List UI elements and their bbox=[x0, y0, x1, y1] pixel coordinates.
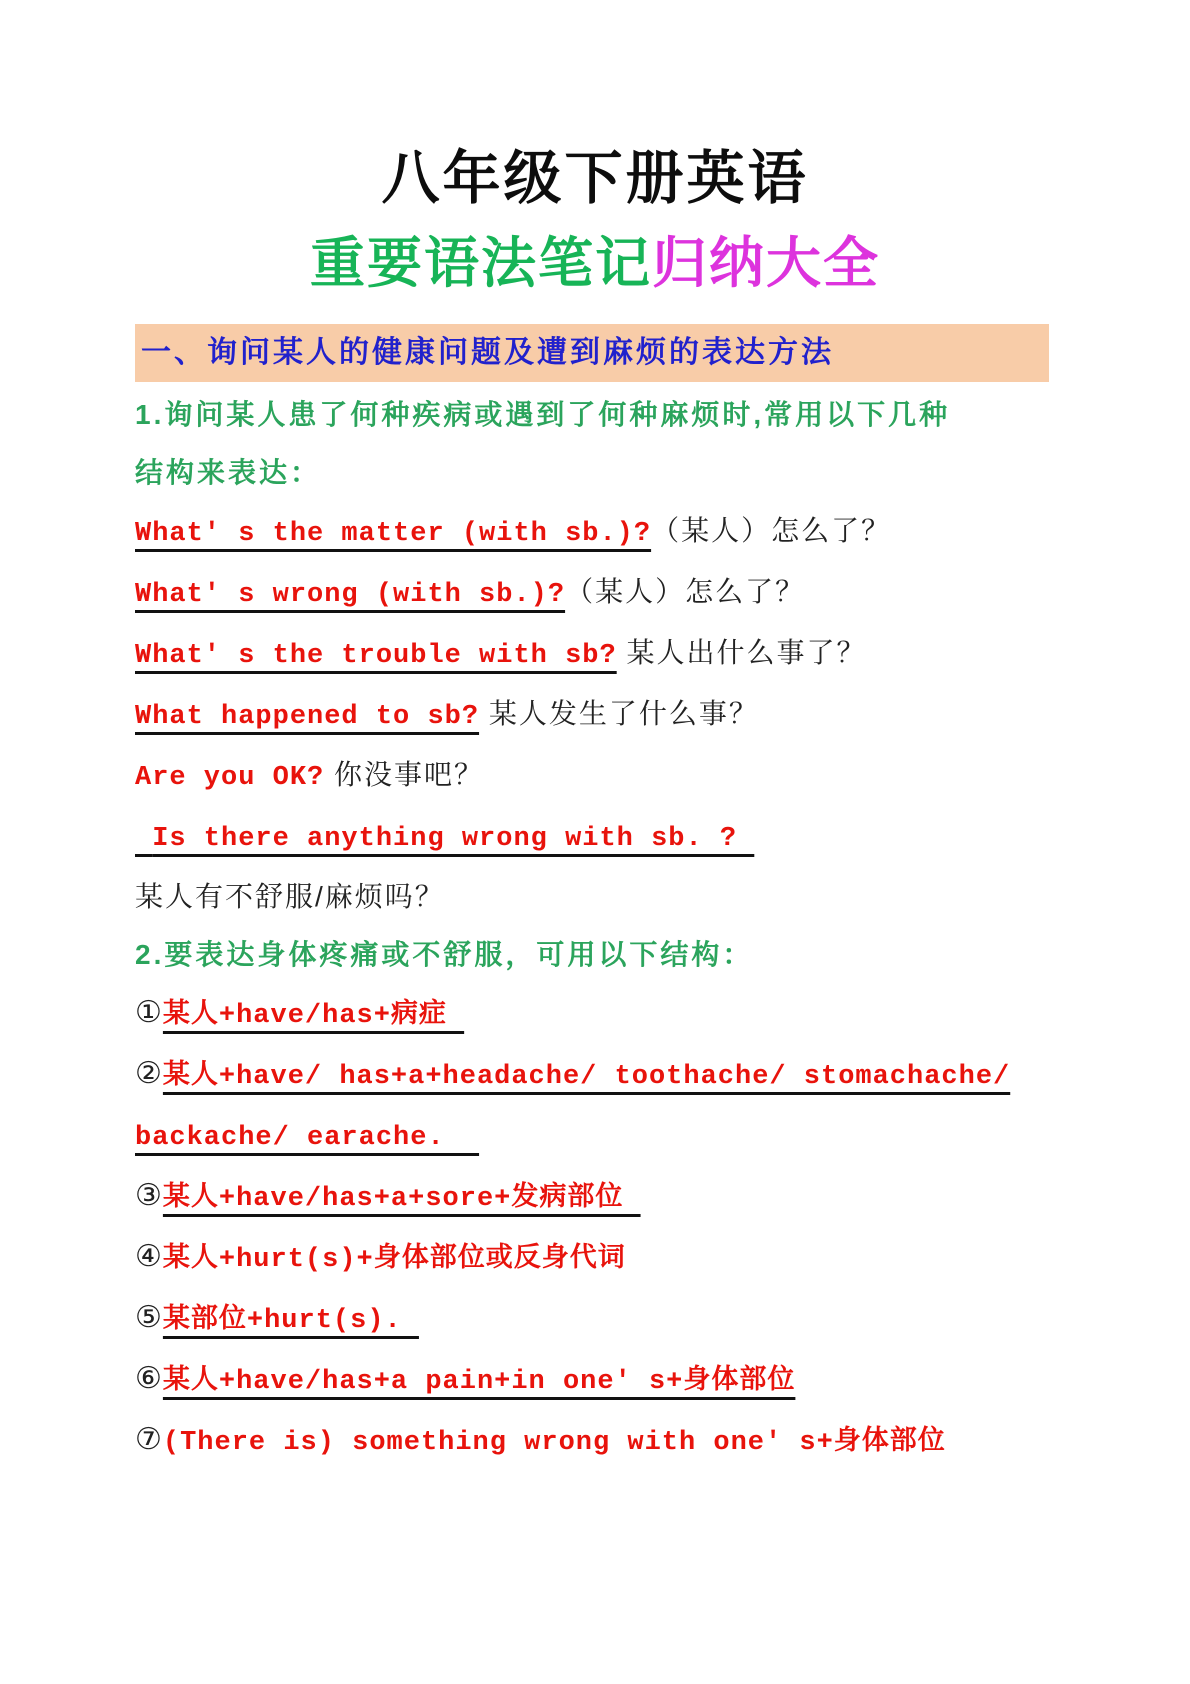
text-segment-green: 1.询问某人患了何种疾病或遇到了何种麻烦时,常用以下几种 bbox=[135, 399, 950, 430]
text-segment-green: 2.要表达身体疼痛或不舒服，可用以下结构： bbox=[135, 939, 753, 970]
content-line: 某人有不舒服/麻烦吗？ bbox=[135, 868, 1095, 926]
text-segment-black: 你没事吧？ bbox=[324, 759, 484, 790]
content-line: ④某人+hurt(s)+身体部位或反身代词 bbox=[135, 1228, 1095, 1289]
page-subtitle: 重要语法笔记归纳大全 bbox=[0, 234, 1190, 292]
content-body: 1.询问某人患了何种疾病或遇到了何种麻烦时,常用以下几种结构来表达：What' … bbox=[135, 382, 1095, 1472]
content-line: ⑥某人+have/has+a pain+in one' s+身体部位 bbox=[135, 1350, 1095, 1411]
text-segment-black: 某人有不舒服/麻烦吗？ bbox=[135, 881, 445, 912]
text-segment-marker: ③ bbox=[135, 1179, 163, 1212]
text-segment-green: 结构来表达： bbox=[135, 457, 321, 488]
content-line: ①某人+have/has+病症 bbox=[135, 984, 1095, 1045]
text-segment-marker: ⑥ bbox=[135, 1362, 163, 1395]
section-heading: 一、询问某人的健康问题及遭到麻烦的表达方法 bbox=[141, 336, 834, 369]
content-line: ⑦(There is) something wrong with one' s+… bbox=[135, 1411, 1095, 1472]
text-segment-marker: ⑤ bbox=[135, 1301, 163, 1334]
content-line: backache/ earache. bbox=[135, 1106, 1095, 1167]
page-subtitle-green: 重要语法笔记 bbox=[310, 232, 652, 294]
text-segment-redU: 某部位+hurt(s). bbox=[163, 1306, 419, 1336]
content-line: What happened to sb? 某人发生了什么事？ bbox=[135, 685, 1095, 746]
text-segment-red: (There is) something wrong with one' s+身… bbox=[163, 1428, 946, 1458]
text-segment-black: 某人发生了什么事？ bbox=[479, 698, 759, 729]
content-line: ③某人+have/has+a+sore+发病部位 bbox=[135, 1167, 1095, 1228]
content-line: What' s the matter (with sb.)?（某人）怎么了？ bbox=[135, 502, 1095, 563]
document-page: 八年级下册英语 重要语法笔记归纳大全 一、询问某人的健康问题及遭到麻烦的表达方法… bbox=[0, 0, 1190, 1684]
text-segment-black: 某人出什么事了？ bbox=[617, 637, 867, 668]
text-segment-redU: What happened to sb? bbox=[135, 702, 479, 732]
text-segment-black: （某人）怎么了？ bbox=[565, 576, 805, 607]
content-line: 结构来表达： bbox=[135, 444, 1095, 502]
text-segment-redU: What' s the matter (with sb.)? bbox=[135, 519, 651, 549]
text-segment-marker: ① bbox=[135, 996, 163, 1029]
text-segment-redU: 某人+have/has+病症 bbox=[163, 1001, 464, 1031]
content-line: 1.询问某人患了何种疾病或遇到了何种麻烦时,常用以下几种 bbox=[135, 386, 1095, 444]
content-line: ⑤某部位+hurt(s). bbox=[135, 1289, 1095, 1350]
content-line: Are you OK? 你没事吧？ bbox=[135, 746, 1095, 807]
text-segment-redU: 某人+have/has+a+sore+发病部位 bbox=[163, 1184, 641, 1214]
content-line: ②某人+have/ has+a+headache/ toothache/ sto… bbox=[135, 1045, 1095, 1106]
text-segment-black: （某人）怎么了？ bbox=[651, 515, 891, 546]
text-segment-marker: ② bbox=[135, 1057, 163, 1090]
text-segment-marker: ⑦ bbox=[135, 1423, 163, 1456]
text-segment-red: Are you OK? bbox=[135, 763, 324, 793]
page-title: 八年级下册英语 bbox=[0, 148, 1190, 210]
text-segment-redU: What' s wrong (with sb.)? bbox=[135, 580, 565, 610]
text-segment-redU: 某人+have/ has+a+headache/ toothache/ stom… bbox=[163, 1062, 1010, 1092]
text-segment-redU: 某人+have/has+a pain+in one' s+身体部位 bbox=[163, 1367, 795, 1397]
text-segment-redU: backache/ earache. bbox=[135, 1123, 479, 1153]
text-segment-marker: ④ bbox=[135, 1240, 163, 1273]
text-segment-redU: Is there anything wrong with sb. ? bbox=[135, 824, 754, 854]
content-line: Is there anything wrong with sb. ? bbox=[135, 807, 1095, 868]
page-subtitle-magenta: 归纳大全 bbox=[652, 232, 880, 294]
content-line: 2.要表达身体疼痛或不舒服，可用以下结构： bbox=[135, 926, 1095, 984]
content-line: What' s wrong (with sb.)?（某人）怎么了？ bbox=[135, 563, 1095, 624]
text-segment-red: 某人+hurt(s)+身体部位或反身代词 bbox=[163, 1245, 626, 1275]
content-line: What' s the trouble with sb? 某人出什么事了？ bbox=[135, 624, 1095, 685]
section-heading-band: 一、询问某人的健康问题及遭到麻烦的表达方法 bbox=[135, 324, 1049, 382]
text-segment-redU: What' s the trouble with sb? bbox=[135, 641, 617, 671]
